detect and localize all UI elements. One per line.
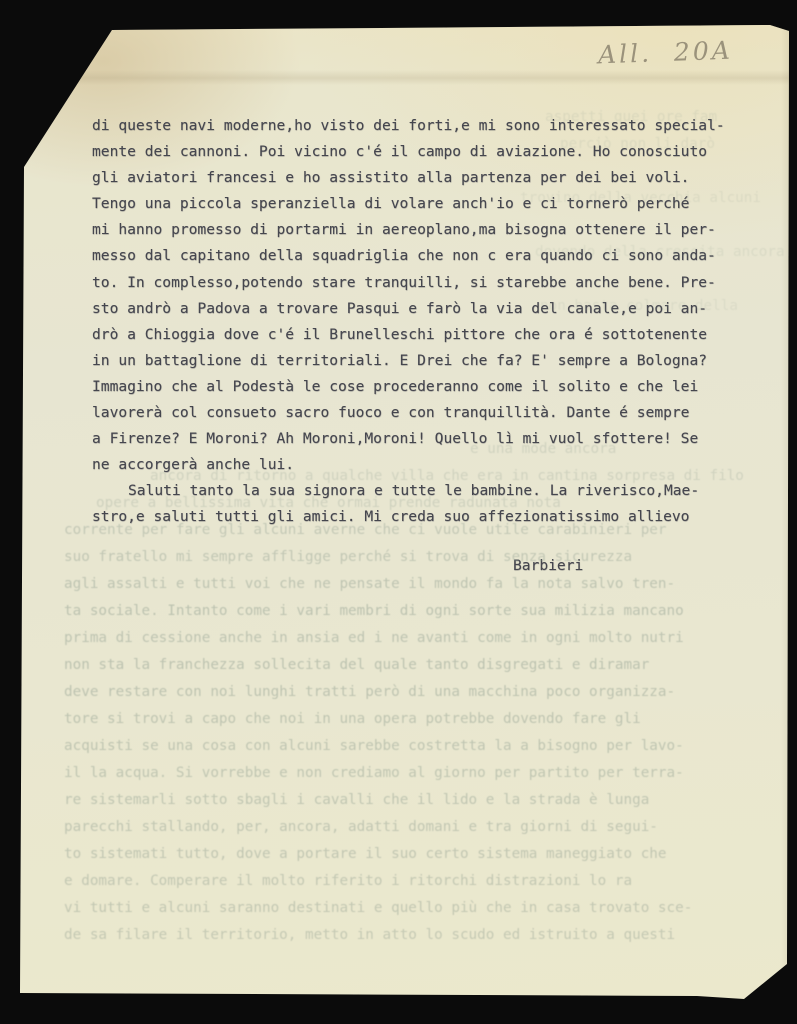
bleed-through-line: e domare. Comperare il molto riferito i … xyxy=(64,873,632,889)
bleed-through-line: de sa filare il territorio, metto in att… xyxy=(64,927,675,943)
letter-line: ne accorgerà anche lui. xyxy=(92,452,764,478)
paper-sheet: All. 20A di queste navi moderne,ho visto… xyxy=(0,0,797,1024)
bleed-through-line: acquisti se una cosa con alcuni sarebbe … xyxy=(64,738,684,754)
bleed-through-line: vi tutti e alcuni saranno destinati e qu… xyxy=(64,900,692,916)
letter-line: Tengo una piccola speranziella di volare… xyxy=(92,191,764,217)
letter-line: mente dei cannoni. Poi vicino c'é il cam… xyxy=(92,139,764,165)
letter-line: Immagino che al Podestà le cose proceder… xyxy=(92,374,764,400)
letter-line: mi hanno promesso di portarmi in aereopl… xyxy=(92,217,764,243)
bleed-through-line: ta sociale. Intanto come i vari membri d… xyxy=(64,603,684,619)
bleed-through-line: tore si trovi a capo che noi in una oper… xyxy=(64,711,641,727)
scanned-letter-page: All. 20A di queste navi moderne,ho visto… xyxy=(0,0,797,1024)
bleed-through-line: non sta la franchezza sollecita del qual… xyxy=(64,657,649,673)
bleed-through-line: parecchi stallando, per, ancora, adatti … xyxy=(64,819,658,835)
letter-lines: di queste navi moderne,ho visto dei fort… xyxy=(92,113,764,531)
letter-line: messo dal capitano della squadriglia che… xyxy=(92,243,764,269)
letter-line: sto andrò a Padova a trovare Pasqui e fa… xyxy=(92,296,764,322)
letter-signature: Barbieri xyxy=(513,557,583,574)
letter-line: di queste navi moderne,ho visto dei fort… xyxy=(92,113,764,139)
bleed-through-line: deve restare con noi lunghi tratti però … xyxy=(64,684,675,700)
letter-line: stro,e saluti tutti gli amici. Mi creda … xyxy=(92,504,764,530)
handwritten-annotation: All. 20A xyxy=(598,36,734,70)
letter-line: lavorerà col consueto sacro fuoco e con … xyxy=(92,400,764,426)
letter-line: in un battaglione di territoriali. E Dre… xyxy=(92,348,764,374)
letter-line: a Firenze? E Moroni? Ah Moroni,Moroni! Q… xyxy=(92,426,764,452)
letter-line: Saluti tanto la sua signora e tutte le b… xyxy=(92,478,764,504)
letter-line: to. In complesso,potendo stare tranquill… xyxy=(92,270,764,296)
letter-line: gli aviatori francesi e ho assistito all… xyxy=(92,165,764,191)
bleed-through-line: prima di cessione anche in ansia ed i ne… xyxy=(64,630,684,646)
bleed-through-line: il la acqua. Si vorrebbe e non crediamo … xyxy=(64,765,684,781)
letter-line: drò a Chioggia dove c'é il Brunelleschi … xyxy=(92,322,764,348)
bleed-through-line: agli assalti e tutti voi che ne pensate … xyxy=(64,576,675,592)
bleed-through-line: to sistemati tutto, dove a portare il su… xyxy=(64,846,667,862)
bleed-through-line: re sistemarli sotto sbagli i cavalli che… xyxy=(64,792,649,808)
